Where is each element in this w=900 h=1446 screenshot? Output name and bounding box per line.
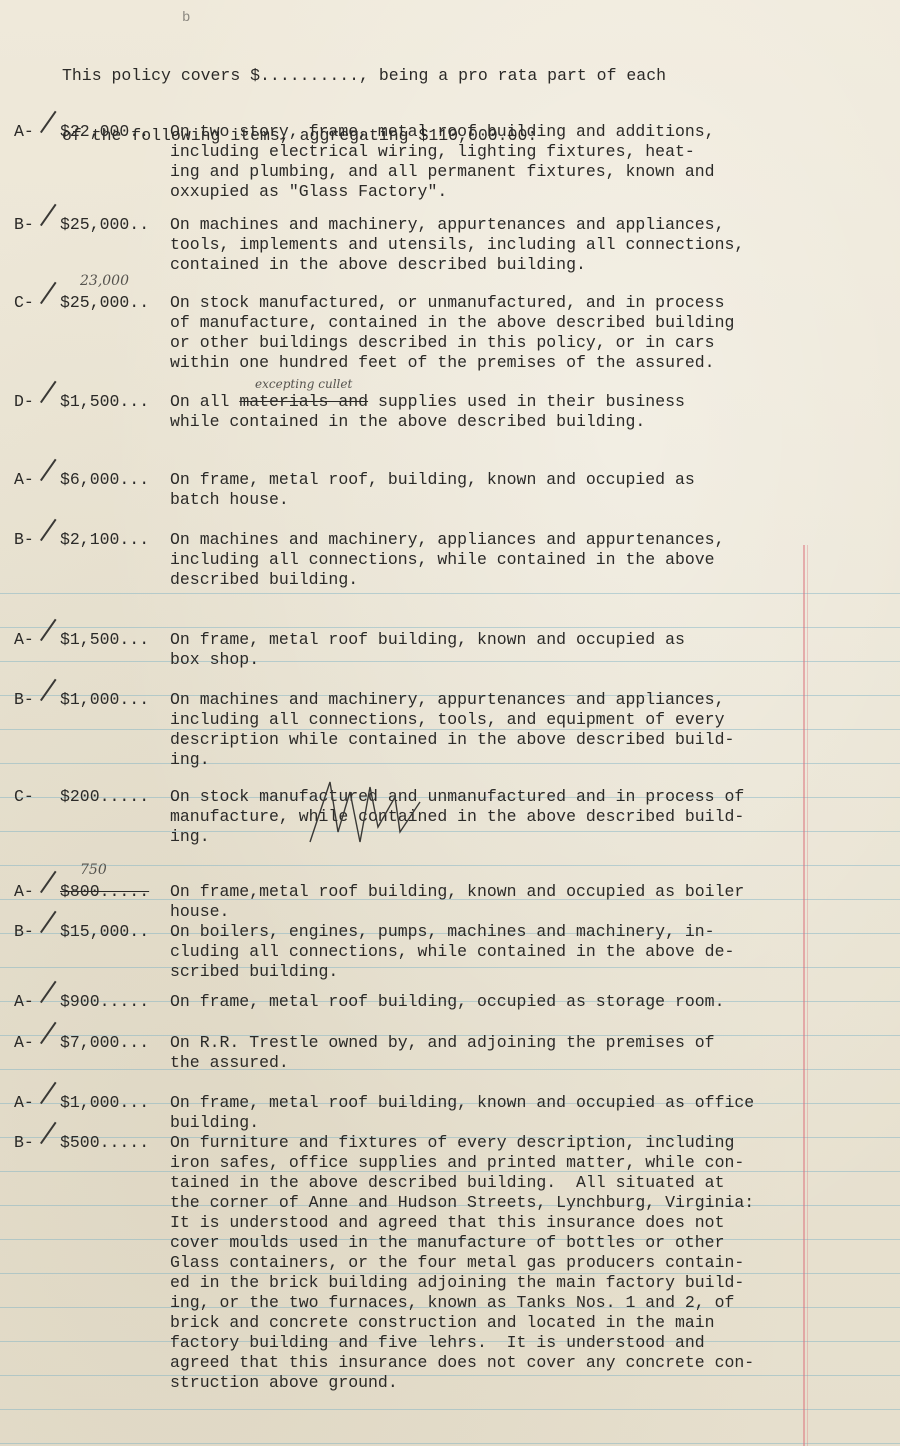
item-label: A- [14, 1093, 34, 1113]
description-line: agreed that this insurance does not cove… [170, 1353, 860, 1373]
item-label: B- [14, 215, 34, 235]
description-line: including all connections, while contain… [170, 550, 860, 570]
description-line: On frame, metal roof building, known and… [170, 630, 860, 650]
handwritten-amount: 23,000 [80, 271, 129, 291]
item-description: On stock manufactured, or unmanufactured… [170, 293, 860, 373]
description-line: including all connections, tools, and eq… [170, 710, 860, 730]
item-description: On stock manufactured and unmanufactured… [170, 787, 860, 847]
description-line: or other buildings described in this pol… [170, 333, 860, 353]
item-description: On machines and machinery, appliances an… [170, 530, 860, 590]
description-line: house. [170, 902, 860, 922]
item-amount: $22,000.. [60, 122, 149, 142]
item-description: On all materials and supplies used in th… [170, 392, 860, 432]
item-label: A- [14, 630, 34, 650]
description-line: ing. [170, 750, 860, 770]
item-label: D- [14, 392, 34, 412]
item-amount: $6,000... [60, 470, 149, 490]
description-line: ing and plumbing, and all permanent fixt… [170, 162, 860, 182]
description-line: manufacture, while contained in the abov… [170, 807, 860, 827]
item-amount: $7,000... [60, 1033, 149, 1053]
description-line: of manufacture, contained in the above d… [170, 313, 860, 333]
item-amount: $1,500... [60, 392, 149, 412]
item-description: On machines and machinery, appurtenances… [170, 690, 860, 770]
handwritten-note: excepting cullet [255, 374, 352, 394]
item-label: A- [14, 992, 34, 1012]
description-line: building. [170, 1113, 860, 1133]
description-line: including electrical wiring, lighting fi… [170, 142, 860, 162]
item-description: On frame,metal roof building, known and … [170, 882, 860, 922]
item-description: On furniture and fixtures of every descr… [170, 1133, 860, 1393]
description-line: On R.R. Trestle owned by, and adjoining … [170, 1033, 860, 1053]
item-description: On machines and machinery, appurtenances… [170, 215, 860, 275]
item-amount: $1,500... [60, 630, 149, 650]
description-line: On frame, metal roof building, occupied … [170, 992, 860, 1012]
description-line: while contained in the above described b… [170, 412, 860, 432]
item-label: A- [14, 122, 34, 142]
item-amount: $500..... [60, 1133, 149, 1153]
description-line: contained in the above described buildin… [170, 255, 860, 275]
description-line: oxxupied as "Glass Factory". [170, 182, 860, 202]
description-line: On two story, frame, metal roof building… [170, 122, 860, 142]
description-line: On stock manufactured, or unmanufactured… [170, 293, 860, 313]
item-label: B- [14, 530, 34, 550]
description-line: brick and concrete construction and loca… [170, 1313, 860, 1333]
description-line: ed in the brick building adjoining the m… [170, 1273, 860, 1293]
description-line: Glass containers, or the four metal gas … [170, 1253, 860, 1273]
description-line: cover moulds used in the manufacture of … [170, 1233, 860, 1253]
description-line: tained in the above described building. … [170, 1173, 860, 1193]
item-label: C- [14, 787, 34, 807]
description-line: within one hundred feet of the premises … [170, 353, 860, 373]
description-line: scribed building. [170, 962, 860, 982]
item-amount: $25,000.. [60, 215, 149, 235]
handwritten-amount: 750 [80, 860, 107, 880]
item-description: On frame, metal roof building, occupied … [170, 992, 860, 1012]
description-line: On machines and machinery, appurtenances… [170, 690, 860, 710]
item-description: On frame, metal roof building, known and… [170, 630, 860, 670]
description-line: On boilers, engines, pumps, machines and… [170, 922, 860, 942]
item-label: A- [14, 1033, 34, 1053]
item-label: A- [14, 470, 34, 490]
description-line: On machines and machinery, appliances an… [170, 530, 860, 550]
description-line: batch house. [170, 490, 860, 510]
item-amount: $2,100... [60, 530, 149, 550]
description-line: described building. [170, 570, 860, 590]
description-line: ing, or the two furnaces, known as Tanks… [170, 1293, 860, 1313]
item-amount: $1,000... [60, 690, 149, 710]
item-label: A- [14, 882, 34, 902]
description-line: factory building and five lehrs. It is u… [170, 1333, 860, 1353]
description-line: On frame, metal roof building, known and… [170, 1093, 860, 1113]
item-description: On boilers, engines, pumps, machines and… [170, 922, 860, 982]
description-line: struction above ground. [170, 1373, 860, 1393]
item-description: On frame, metal roof, building, known an… [170, 470, 860, 510]
description-line: description while contained in the above… [170, 730, 860, 750]
struck-text: materials and [239, 392, 368, 411]
signature-scribble [300, 772, 440, 852]
description-line: On furniture and fixtures of every descr… [170, 1133, 860, 1153]
page-mark: b [182, 10, 190, 26]
description-line: It is understood and agreed that this in… [170, 1213, 860, 1233]
item-description: On frame, metal roof building, known and… [170, 1093, 860, 1133]
description-line: box shop. [170, 650, 860, 670]
item-label: C- [14, 293, 34, 313]
item-amount: $900..... [60, 992, 149, 1012]
description-line: cluding all connections, while contained… [170, 942, 860, 962]
item-amount: $25,000.. [60, 293, 149, 313]
description-line: On stock manufactured and unmanufactured… [170, 787, 860, 807]
description-line: iron safes, office supplies and printed … [170, 1153, 860, 1173]
intro-line: This policy covers $.........., being a … [62, 66, 666, 86]
item-label: B- [14, 922, 34, 942]
item-amount: $200..... [60, 787, 149, 807]
item-amount: $1,000... [60, 1093, 149, 1113]
item-amount: $15,000.. [60, 922, 149, 942]
item-amount: $800..... [60, 882, 149, 902]
description-line: ing. [170, 827, 860, 847]
description-line: On machines and machinery, appurtenances… [170, 215, 860, 235]
description-line: the assured. [170, 1053, 860, 1073]
description-line: On all materials and supplies used in th… [170, 392, 860, 412]
item-label: B- [14, 1133, 34, 1153]
description-line: On frame,metal roof building, known and … [170, 882, 860, 902]
item-label: B- [14, 690, 34, 710]
description-line: tools, implements and utensils, includin… [170, 235, 860, 255]
item-description: On two story, frame, metal roof building… [170, 122, 860, 202]
item-description: On R.R. Trestle owned by, and adjoining … [170, 1033, 860, 1073]
description-line: On frame, metal roof, building, known an… [170, 470, 860, 490]
description-line: the corner of Anne and Hudson Streets, L… [170, 1193, 860, 1213]
